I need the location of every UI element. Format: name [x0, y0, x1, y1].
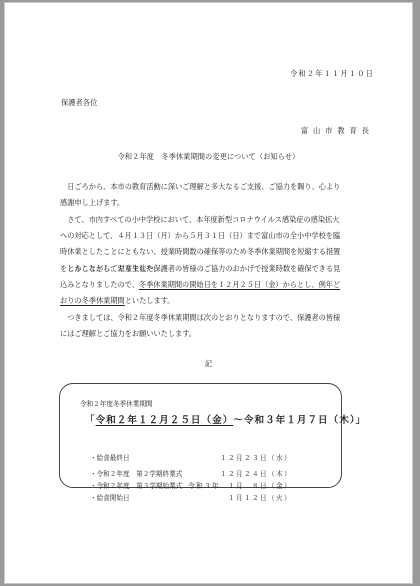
document-title: 令和２年度 冬季休業期間の変更について（お知らせ） [5, 153, 412, 160]
ki-heading: 記 [5, 360, 412, 367]
addressee: 保護者各位 [61, 99, 97, 106]
sender: 富山市教育長 [301, 127, 374, 134]
underlined-notice: 冬季休業期間の開始日を１２月２５日（金）からとし、例年ど [139, 280, 340, 289]
schedule-title: 令和２年度冬季休業期間 [80, 398, 153, 408]
underlined-notice-cont: おりの冬季休業期間 [60, 296, 125, 305]
schedule-box: 令和２年度冬季休業期間 「令和２年１２月２５日（金）～令和３年１月７日（木）」 … [59, 383, 342, 488]
paragraph-change: しかしながら、児童生徒や保護者の皆様のご協力のおかげで授業時数を確保できる見 込… [60, 261, 380, 310]
document-page: 令和２年１１月１０日 保護者各位 富山市教育長 令和２年度 冬季休業期間の変更に… [4, 2, 413, 584]
document-date: 令和２年１１月１０日 [290, 70, 374, 77]
paragraph-request: つきましては、令和２年度冬季休業期間は次のとおりとなりますので、保護者の皆様 に… [60, 310, 380, 342]
paragraph-greeting: 日ごろから、本市の教育活動に深いご理解と多大なるご支援、ご協力を賜り、心より 感… [60, 179, 380, 211]
holiday-period: 「令和２年１２月２５日（金）～令和３年１月７日（木）」 [85, 412, 366, 426]
